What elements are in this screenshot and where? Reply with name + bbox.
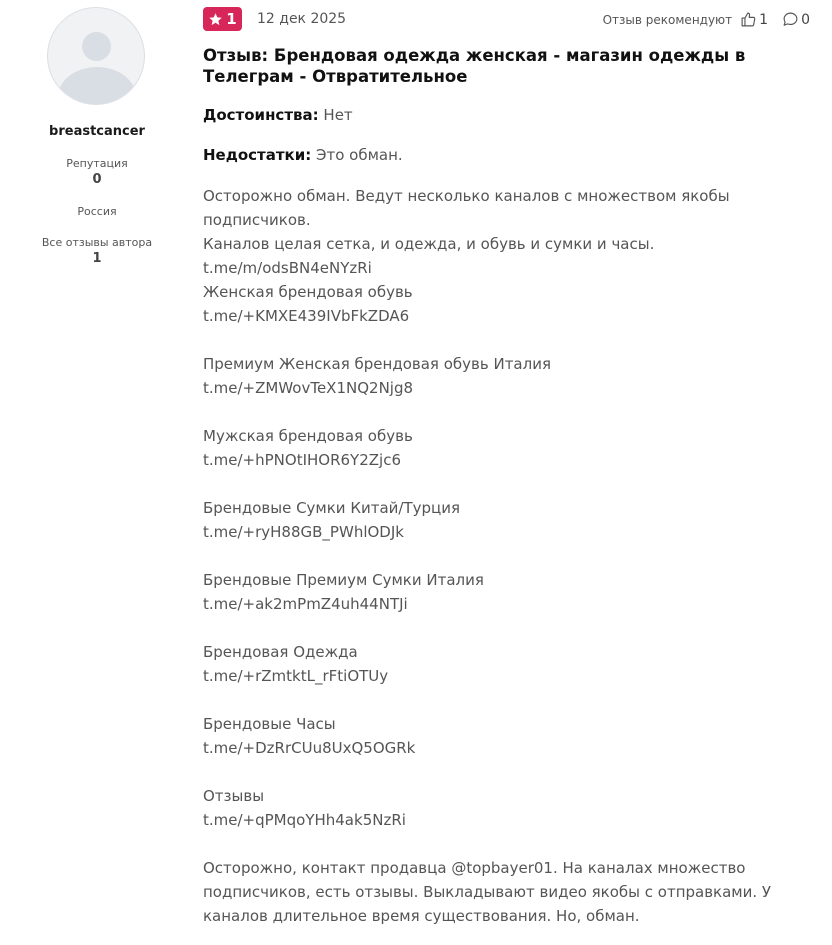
cons-value: Это обман. [311,146,402,164]
review-cons: Недостатки: Это обман. [203,146,403,164]
body-line: Брендовые Премиум Сумки Италия [203,568,808,592]
body-line: Мужская брендовая обувь [203,424,808,448]
body-line [203,544,808,568]
like-button[interactable]: 1 [740,11,768,28]
body-line [203,328,808,352]
thumbs-up-icon [740,11,757,28]
body-line: Премиум Женская брендовая обувь Италия [203,352,808,376]
rating-value: 1 [226,10,236,28]
rating-badge: 1 [203,7,242,31]
body-line: Отзывы [203,784,808,808]
body-lines: Каналов целая сетка, и одежда, и обувь и… [203,232,808,856]
comment-icon [782,11,799,28]
review-date: 12 дек 2025 [257,11,346,27]
body-intro: Осторожно обман. Ведут несколько каналов… [203,184,743,232]
body-line [203,472,808,496]
channel-link[interactable]: t.me/m/odsBN4eNYzRi [203,256,808,280]
author-country: Россия [0,205,194,218]
body-line [203,760,808,784]
review-body: Осторожно обман. Ведут несколько каналов… [203,184,808,928]
body-line: Брендовые Часы [203,712,808,736]
pros-label: Достоинства: [203,106,319,124]
channel-link[interactable]: t.me/+qPMqoYHh4ak5NzRi [203,808,808,832]
channel-link[interactable]: t.me/+hPNOtIHOR6Y2Zjc6 [203,448,808,472]
cons-label: Недостатки: [203,146,311,164]
channel-link[interactable]: t.me/+DzRrCUu8UxQ5OGRk [203,736,808,760]
body-line [203,832,808,856]
body-line: Женская брендовая обувь [203,280,808,304]
reputation-value: 0 [0,172,194,187]
author-name[interactable]: breastcancer [0,124,194,139]
like-count: 1 [759,12,768,28]
channel-link[interactable]: t.me/+rZmtktL_rFtiOTUy [203,664,808,688]
avatar-head [82,32,111,61]
channel-link[interactable]: t.me/+KMXE439IVbFkZDA6 [203,304,808,328]
pros-value: Нет [319,106,353,124]
avatar-body [58,67,136,105]
recommend-label: Отзыв рекомендуют [603,13,733,27]
review-pros: Достоинства: Нет [203,106,353,124]
star-icon [208,12,223,27]
all-reviews-label[interactable]: Все отзывы автора [0,236,194,249]
channel-link[interactable]: t.me/+ZMWovTeX1NQ2Njg8 [203,376,808,400]
comment-count: 0 [801,12,810,28]
channel-link[interactable]: t.me/+ryH88GB_PWhlODJk [203,520,808,544]
body-line: Брендовые Сумки Китай/Турция [203,496,808,520]
channel-link[interactable]: t.me/+ak2mPmZ4uh44NTJi [203,592,808,616]
user-placeholder-icon[interactable] [47,7,145,105]
body-line [203,616,808,640]
reputation-label: Репутация [0,157,194,170]
body-line [203,688,808,712]
body-line: Каналов целая сетка, и одежда, и обувь и… [203,232,808,256]
all-reviews-count[interactable]: 1 [0,251,194,266]
body-outro: Осторожно, контакт продавца @topbayer01.… [203,856,783,928]
body-line: Брендовая Одежда [203,640,808,664]
recommend-bar: Отзыв рекомендуют 1 0 [603,11,810,28]
body-line [203,400,808,424]
comments-button[interactable]: 0 [782,11,810,28]
review-title[interactable]: Отзыв: Брендовая одежда женская - магази… [203,45,808,87]
